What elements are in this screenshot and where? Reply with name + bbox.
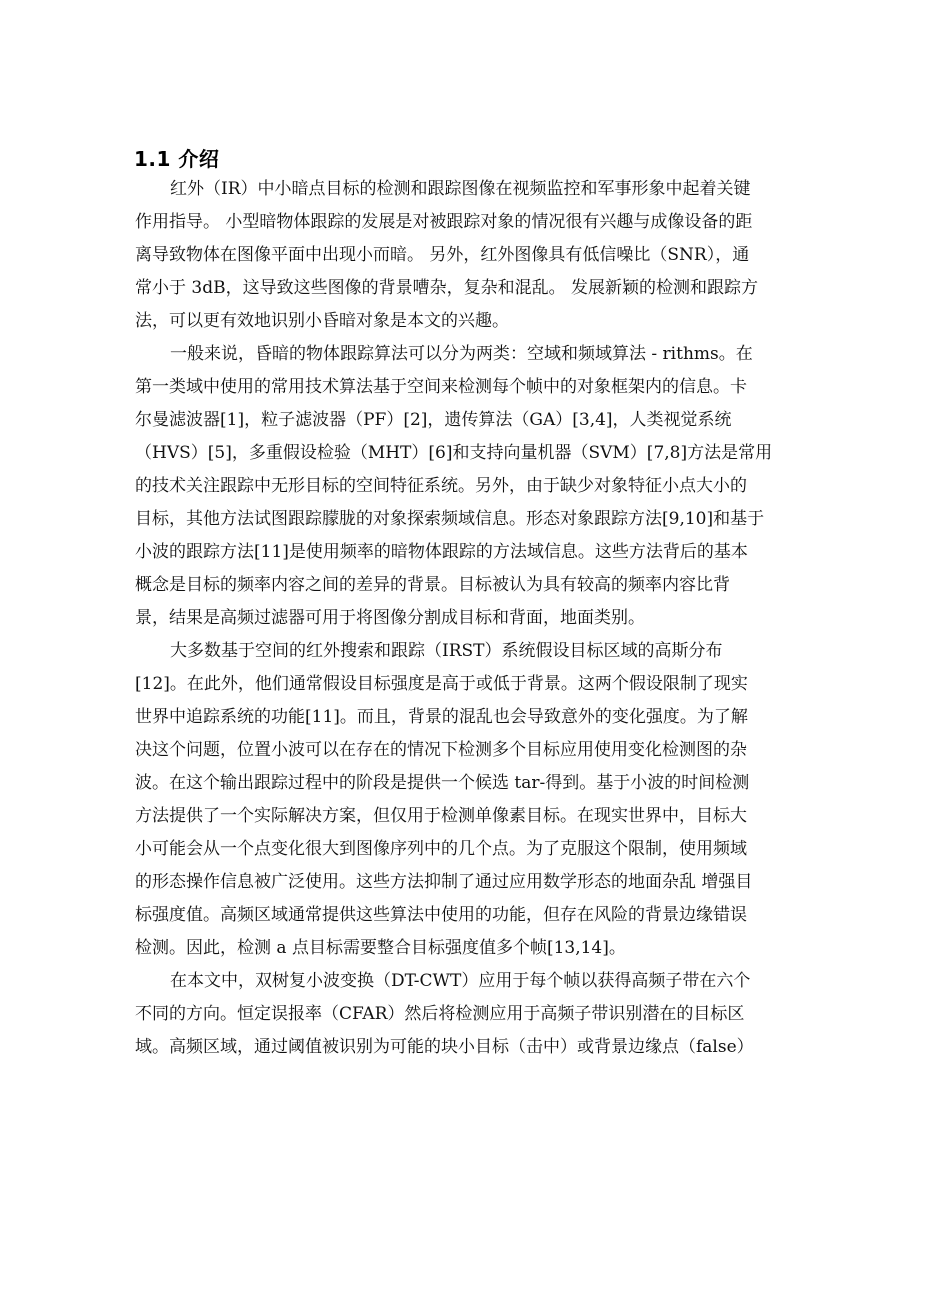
text-line: 波。在这个输出跟踪过程中的阶段是提供一个候选 tar-得到。基于小波的时间检测 [135, 772, 825, 794]
text-line: 概念是目标的频率内容之间的差异的背景。目标被认为具有较高的频率内容比背 [135, 574, 825, 596]
text-line: 大多数基于空间的红外搜索和跟踪（IRST）系统假设目标区域的高斯分布 [170, 640, 825, 662]
text-line: 红外（IR）中小暗点目标的检测和跟踪图像在视频监控和军事形象中起着关键 [170, 178, 825, 200]
text-line: 离导致物体在图像平面中出现小而暗。 另外，红外图像具有低信噪比（SNR），通 [135, 244, 825, 266]
document-page: 1.1 介绍 红外（IR）中小暗点目标的检测和跟踪图像在视频监控和军事形象中起着… [0, 0, 926, 1309]
text-line: 小波的跟踪方法[11]是使用频率的暗物体跟踪的方法域信息。这些方法背后的基本 [135, 541, 825, 563]
text-line: 小可能会从一个点变化很大到图像序列中的几个点。为了克服这个限制，使用频域 [135, 838, 825, 860]
text-line: 目标，其他方法试图跟踪朦胧的对象探索频域信息。形态对象跟踪方法[9,10]和基于 [135, 508, 825, 530]
text-line: 标强度值。高频区域通常提供这些算法中使用的功能，但存在风险的背景边缘错误 [135, 904, 825, 926]
text-line: 尔曼滤波器[1]，粒子滤波器（PF）[2]，遗传算法（GA）[3,4]，人类视觉… [135, 409, 825, 431]
text-line: （HVS）[5]，多重假设检验（MHT）[6]和支持向量机器（SVM）[7,8]… [135, 442, 825, 464]
text-line: 法，可以更有效地识别小昏暗对象是本文的兴趣。 [135, 310, 825, 332]
text-line: 第一类域中使用的常用技术算法基于空间来检测每个帧中的对象框架内的信息。卡 [135, 376, 825, 398]
text-line: 的形态操作信息被广泛使用。这些方法抑制了通过应用数学形态的地面杂乱 增强目 [135, 871, 825, 893]
text-line: 的技术关注跟踪中无形目标的空间特征系统。另外，由于缺少对象特征小点大小的 [135, 475, 825, 497]
text-line: 作用指导。 小型暗物体跟踪的发展是对被跟踪对象的情况很有兴趣与成像设备的距 [135, 211, 825, 233]
text-line: 方法提供了一个实际解决方案，但仅用于检测单像素目标。在现实世界中，目标大 [135, 805, 825, 827]
text-line: 常小于 3dB，这导致这些图像的背景嘈杂，复杂和混乱。 发展新颖的检测和跟踪方 [135, 277, 825, 299]
text-line: 检测。因此，检测 a 点目标需要整合目标强度值多个帧[13,14]。 [135, 937, 825, 959]
text-line: 世界中追踪系统的功能[11]。而且，背景的混乱也会导致意外的变化强度。为了解 [135, 706, 825, 728]
text-line: 一般来说，昏暗的物体跟踪算法可以分为两类：空域和频域算法 - rithms。在 [170, 343, 825, 365]
text-line: 在本文中，双树复小波变换（DT-CWT）应用于每个帧以获得高频子带在六个 [170, 970, 825, 992]
section-heading: 1.1 介绍 [134, 143, 219, 172]
text-line: 域。高频区域，通过阈值被识别为可能的块小目标（击中）或背景边缘点（false） [135, 1036, 825, 1058]
text-line: 景，结果是高频过滤器可用于将图像分割成目标和背面，地面类别。 [135, 607, 825, 629]
text-line: 决这个问题，位置小波可以在存在的情况下检测多个目标应用使用变化检测图的杂 [135, 739, 825, 761]
text-line: 不同的方向。恒定误报率（CFAR）然后将检测应用于高频子带识别潜在的目标区 [135, 1003, 825, 1025]
text-line: [12]。在此外，他们通常假设目标强度是高于或低于背景。这两个假设限制了现实 [135, 673, 825, 695]
